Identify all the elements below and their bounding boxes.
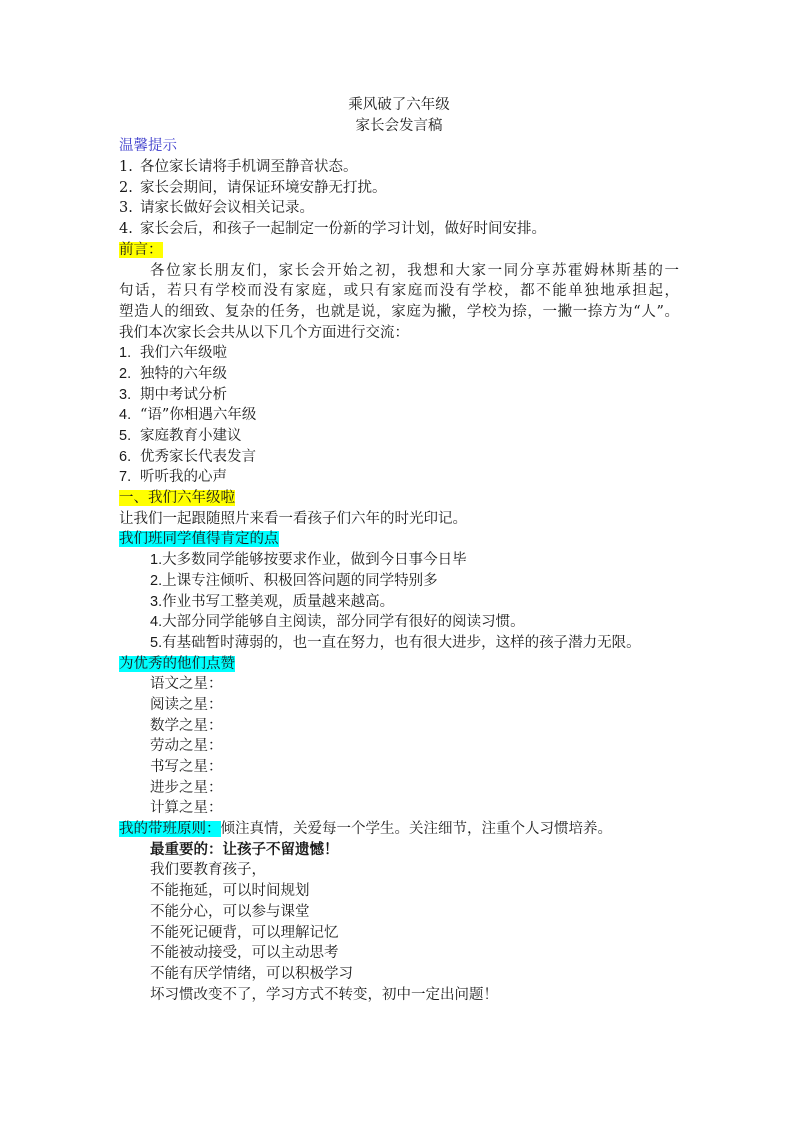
section1-heading-row: 一、我们六年级啦 (119, 488, 679, 509)
stars-heading: 为优秀的他们点赞 (119, 656, 235, 672)
document-title: 乘风破了六年级 (119, 95, 679, 116)
praise-item: 5.有基础暂时薄弱的，也一直在努力，也有很大进步，这样的孩子潜力无限。 (119, 633, 679, 654)
praise-item: 3.作业书写工整美观，质量越来越高。 (119, 592, 679, 613)
education-line: 不能分心，可以参与课堂 (119, 902, 679, 923)
agenda-item: 4.“语”你相遇六年级 (119, 405, 679, 426)
star-award: 语文之星： (119, 674, 679, 695)
document-page: 乘风破了六年级 家长会发言稿 温馨提示 1.各位家长请将手机调至静音状态。 2.… (119, 95, 679, 1005)
praise-item: 2.上课专注倾听、积极回答问题的同学特别多 (119, 571, 679, 592)
praise-heading-row: 我们班同学值得肯定的点 (119, 529, 679, 550)
agenda-item: 2.独特的六年级 (119, 364, 679, 385)
tips-item: 1.各位家长请将手机调至静音状态。 (119, 157, 679, 178)
agenda-item: 3.期中考试分析 (119, 385, 679, 406)
star-award: 书写之星： (119, 757, 679, 778)
preface-paragraph-line: 塑造人的细致、复杂的任务，也就是说，家庭为撇，学校为捺，一撇一捺方为“人”。 (119, 302, 679, 323)
section1-heading: 一、我们六年级啦 (119, 490, 235, 506)
preface-heading-row: 前言： (119, 240, 679, 261)
star-award: 劳动之星： (119, 736, 679, 757)
document-subtitle: 家长会发言稿 (119, 116, 679, 137)
stars-heading-row: 为优秀的他们点赞 (119, 654, 679, 675)
preface-heading: 前言： (119, 242, 163, 258)
star-award: 阅读之星： (119, 695, 679, 716)
agenda-item: 6.优秀家长代表发言 (119, 447, 679, 468)
principle-row: 我的带班原则：倾注真情，关爱每一个学生。关注细节，注重个人习惯培养。 (119, 819, 679, 840)
tips-item: 4.家长会后，和孩子一起制定一份新的学习计划，做好时间安排。 (119, 219, 679, 240)
tips-item: 2.家长会期间，请保证环境安静无打扰。 (119, 178, 679, 199)
education-line: 不能被动接受，可以主动思考 (119, 943, 679, 964)
principle-label: 我的带班原则： (119, 821, 221, 837)
praise-heading: 我们班同学值得肯定的点 (119, 531, 279, 547)
preface-paragraph-line: 各位家长朋友们，家长会开始之初，我想和大家一同分享苏霍姆林斯基的一 (119, 261, 679, 282)
preface-paragraph-line: 句话，若只有学校而没有家庭，或只有家庭而没有学校，都不能单独地承担起， (119, 281, 679, 302)
star-award: 计算之星： (119, 798, 679, 819)
praise-item: 1.大多数同学能够按要求作业，做到今日事今日毕 (119, 550, 679, 571)
most-important: 最重要的：让孩子不留遗憾！ (119, 840, 679, 861)
education-line: 我们要教育孩子， (119, 860, 679, 881)
education-line: 不能拖延，可以时间规划 (119, 881, 679, 902)
star-award: 进步之星： (119, 778, 679, 799)
agenda-item: 7.听听我的心声 (119, 467, 679, 488)
principle-text: 倾注真情，关爱每一个学生。关注细节，注重个人习惯培养。 (221, 821, 613, 837)
education-line: 不能死记硬背，可以理解记忆 (119, 923, 679, 944)
praise-item: 4.大部分同学能够自主阅读，部分同学有很好的阅读习惯。 (119, 612, 679, 633)
education-line: 坏习惯改变不了，学习方式不转变，初中一定出问题！ (119, 985, 679, 1006)
preface-paragraph-line: 我们本次家长会共从以下几个方面进行交流： (119, 323, 679, 344)
star-award: 数学之星： (119, 716, 679, 737)
tips-item: 3.请家长做好会议相关记录。 (119, 198, 679, 219)
section1-intro: 让我们一起跟随照片来看一看孩子们六年的时光印记。 (119, 509, 679, 530)
agenda-item: 1.我们六年级啦 (119, 343, 679, 364)
tips-heading: 温馨提示 (119, 136, 679, 157)
agenda-item: 5.家庭教育小建议 (119, 426, 679, 447)
education-line: 不能有厌学情绪，可以积极学习 (119, 964, 679, 985)
